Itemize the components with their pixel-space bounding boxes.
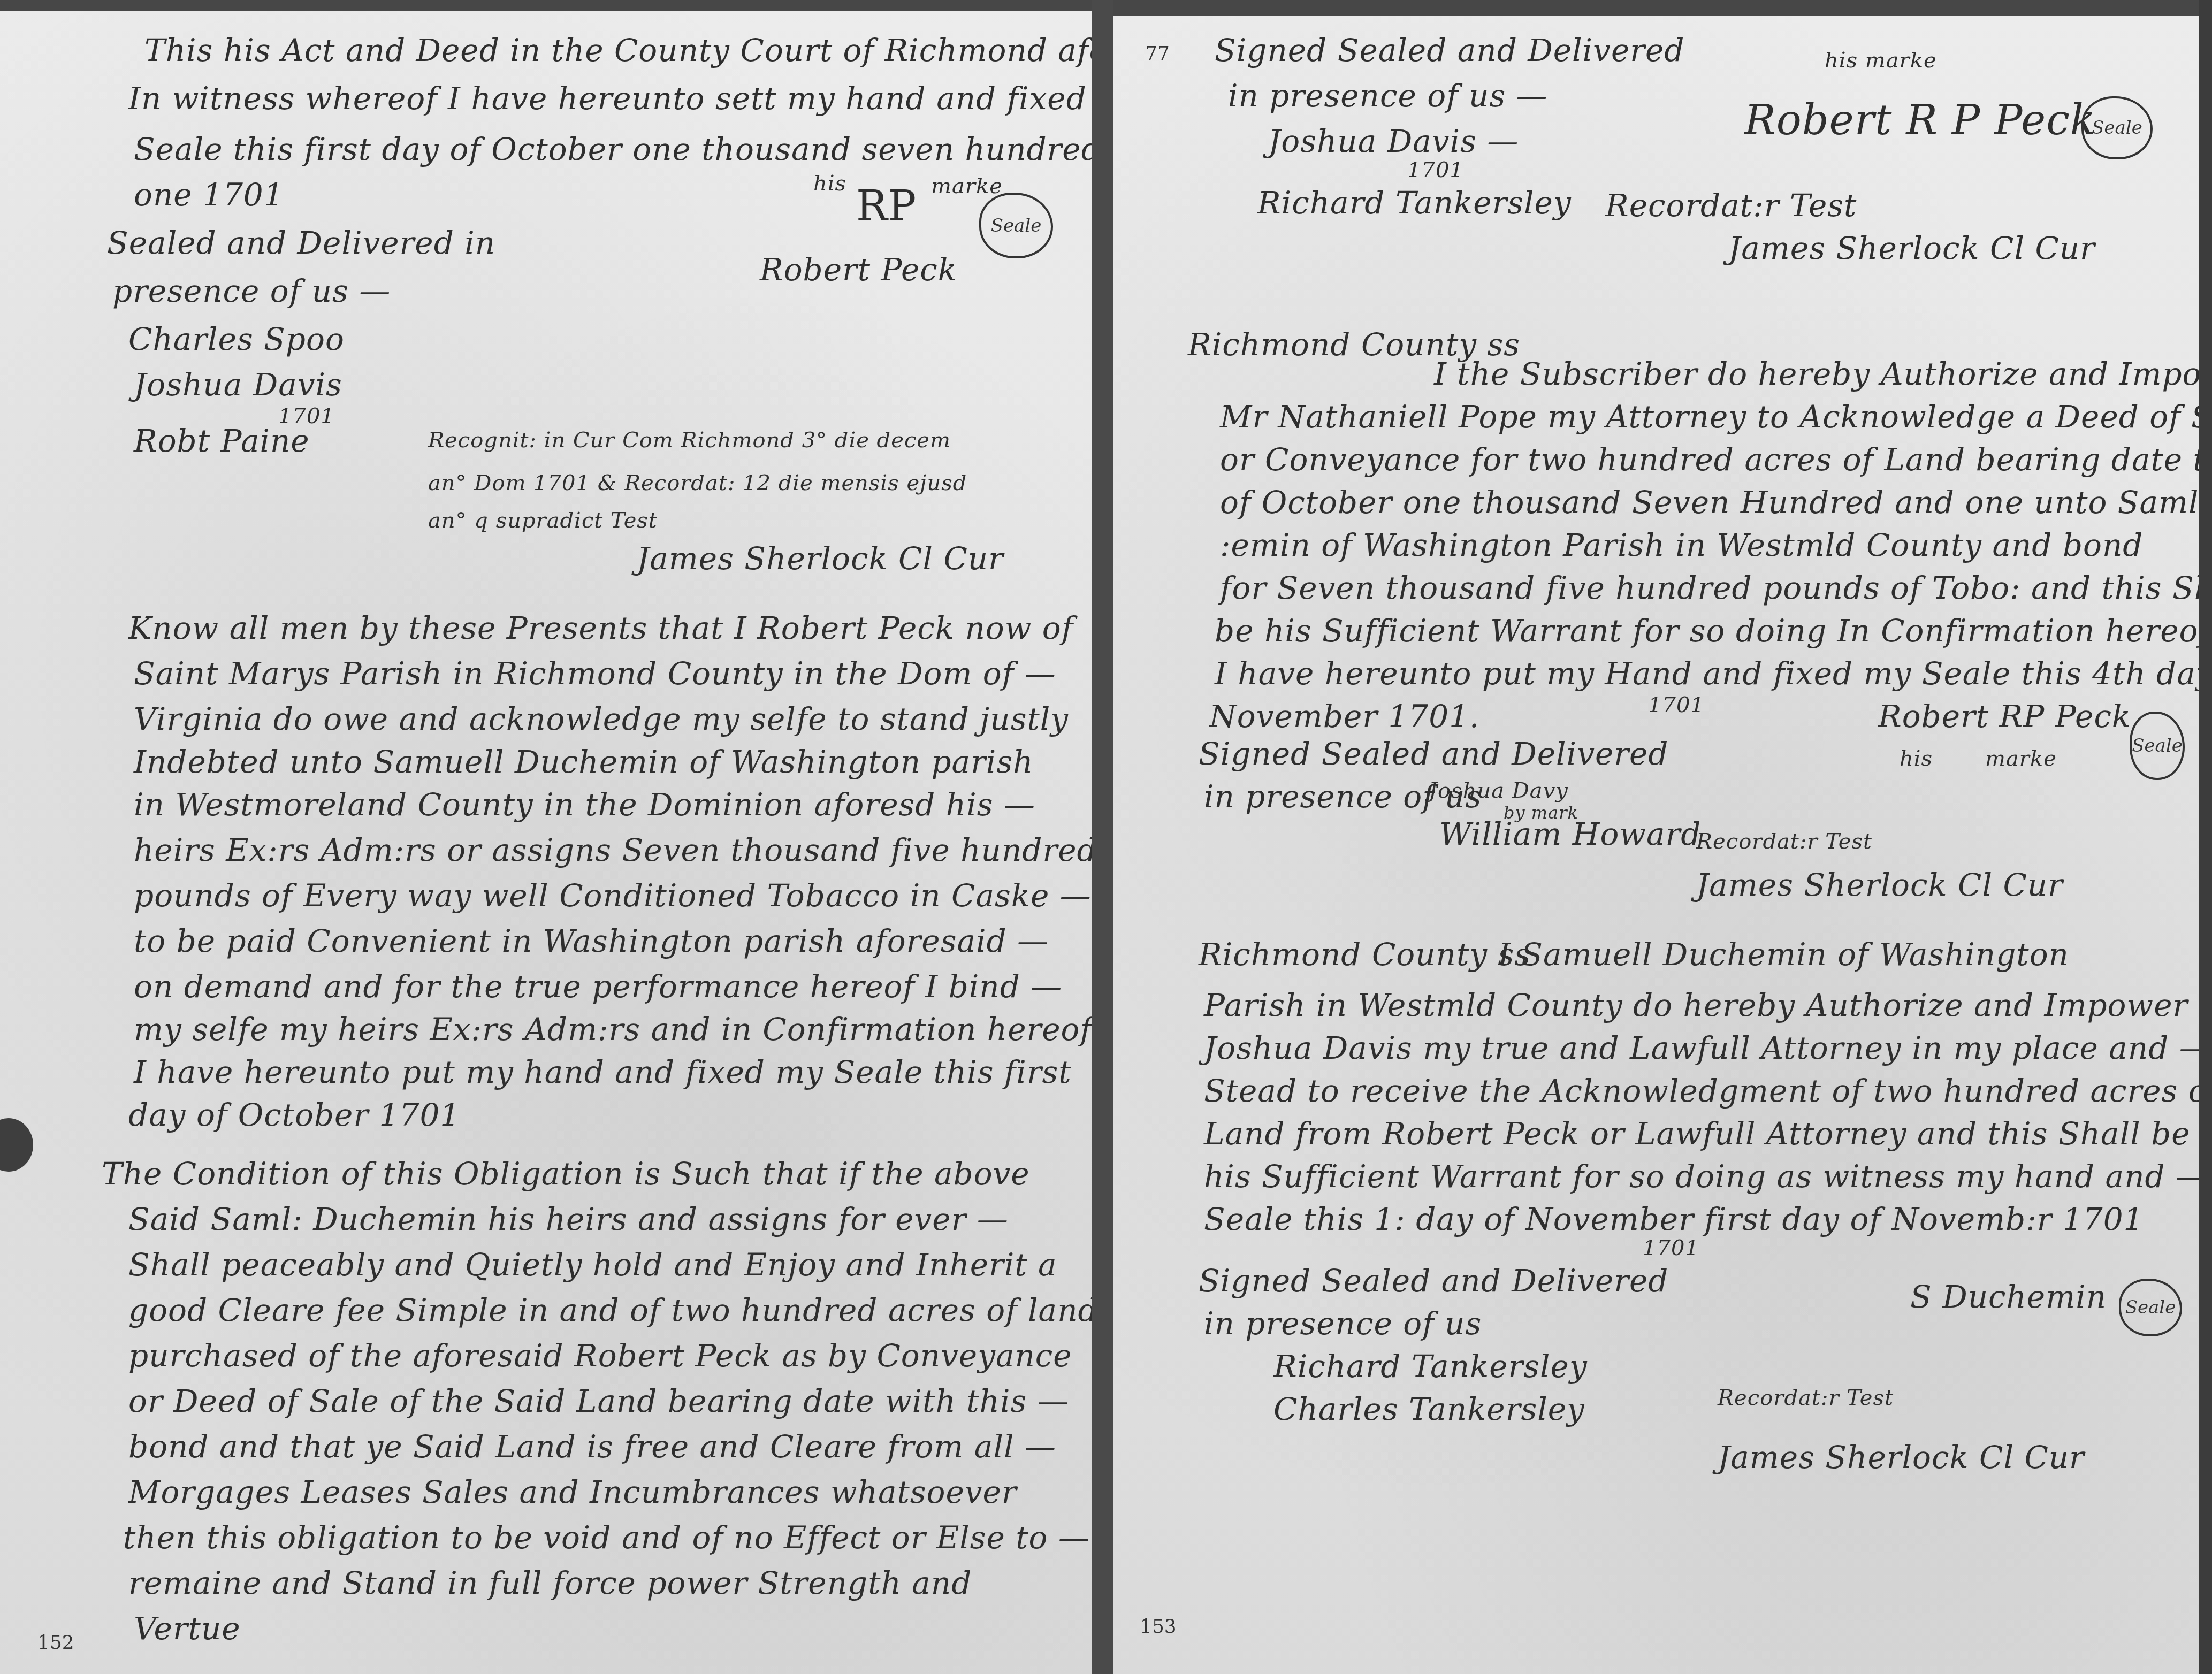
bond-line: Know all men by these Presents that I Ro…: [128, 610, 1073, 646]
clerk-signature: James Sherlock Cl Cur: [637, 540, 1004, 577]
corner-mark: 77: [1145, 43, 1170, 65]
witness-year: 1701: [1407, 158, 1464, 182]
seal-label: Seale: [991, 215, 1042, 236]
witness-name: Joshua Davis: [134, 366, 342, 403]
poa-line: Mr Nathaniell Pope my Attorney to Acknow…: [1220, 399, 2212, 435]
poa-line: Seale this 1: day of November first day …: [1204, 1201, 2144, 1237]
condition-line: remaine and Stand in full force power St…: [128, 1565, 972, 1601]
year-note: 1701: [1643, 1236, 1699, 1260]
marke-label: marke: [1985, 746, 2057, 771]
poa-line: his Sufficient Warrant for so doing as w…: [1204, 1158, 2207, 1195]
clerk-signature: James Sherlock Cl Cur: [1728, 230, 2095, 266]
poa-line: Land from Robert Peck or Lawfull Attorne…: [1204, 1115, 2212, 1152]
signer-name: Robert Peck: [760, 251, 957, 288]
text-line: one 1701: [134, 177, 284, 213]
seal-label: Seale: [2092, 117, 2142, 139]
bond-line: Virginia do owe and acknowledge my selfe…: [134, 701, 1069, 737]
poa-line: for Seven thousand five hundred pounds o…: [1220, 570, 2212, 606]
left-page: This his Act and Deed in the County Cour…: [0, 11, 1092, 1674]
poa-line: Stead to receive the Acknowledgment of t…: [1204, 1073, 2212, 1109]
condition-line: Said Saml: Duchemin his heirs and assign…: [128, 1201, 1009, 1237]
binding-hole: [0, 1118, 33, 1172]
page-number: 153: [1140, 1616, 1177, 1638]
bond-line: on demand and for the true performance h…: [134, 968, 1062, 1005]
witness-name: Charles Tankersley: [1273, 1391, 1585, 1427]
text-line: In witness whereof I have hereunto sett …: [128, 80, 1145, 117]
witness-name: Joshua Davis —: [1268, 123, 1519, 159]
bond-line: Saint Marys Parish in Richmond County in…: [134, 655, 1056, 692]
condition-line: purchased of the aforesaid Robert Peck a…: [128, 1337, 1072, 1374]
right-page: 77 Signed Sealed and Delivered in presen…: [1113, 16, 2199, 1674]
condition-line: Vertue: [134, 1610, 241, 1647]
poa-line: Joshua Davis my true and Lawfull Attorne…: [1204, 1030, 2211, 1066]
condition-line: then this obligation to be void and of n…: [123, 1519, 1090, 1556]
condition-line: bond and that ye Said Land is free and C…: [128, 1428, 1056, 1465]
scan-edge: [2199, 0, 2212, 1674]
witness-name: Richard Tankersley: [1257, 185, 1572, 221]
seal-icon: Seale: [979, 193, 1053, 258]
witness-line: Signed Sealed and Delivered: [1199, 1263, 1668, 1299]
bond-line: in Westmoreland County in the Dominion a…: [134, 786, 1035, 823]
poa-line: I the Subscriber do hereby Authorize and…: [1434, 356, 2212, 392]
witness-line: presence of us —: [112, 273, 391, 309]
year-note: 1701: [1648, 693, 1705, 717]
bond-line: pounds of Every way well Conditioned Tob…: [134, 877, 1092, 914]
bond-line: I have hereunto put my hand and fixed my…: [134, 1054, 1072, 1090]
page-number: 152: [37, 1632, 74, 1654]
seal-label: Seale: [2125, 1297, 2176, 1318]
poa-line: November 1701.: [1209, 698, 1479, 735]
his-marke-label: his marke: [1825, 48, 1937, 73]
marke-label: marke: [931, 174, 1003, 198]
his-label: his: [813, 171, 846, 196]
witness-name: Joshua Davy: [1429, 778, 1568, 803]
poa-line: Parish in Westmld County do hereby Autho…: [1204, 987, 2212, 1023]
clerk-signature: James Sherlock Cl Cur: [1696, 867, 2063, 903]
section-heading: Richmond County ss: [1199, 936, 1531, 973]
recorded-label: Recordat:r Test: [1696, 829, 1872, 854]
condition-line: good Cleare fee Simple in and of two hun…: [128, 1292, 1140, 1328]
condition-line: The Condition of this Obligation is Such…: [102, 1156, 1030, 1192]
bond-line: my selfe my heirs Ex:rs Adm:rs and in Co…: [134, 1011, 1134, 1048]
his-label: his: [1900, 746, 1933, 771]
signer-name: Robert R P Peck: [1744, 96, 2096, 144]
witness-line: Sealed and Delivered in: [107, 225, 495, 261]
condition-line: Shall peaceably and Quietly hold and Enj…: [128, 1247, 1057, 1283]
witness-name: Charles Spoo: [128, 321, 345, 357]
seal-label: Seale: [2132, 735, 2183, 756]
poa-line: I have hereunto put my Hand and fixed my…: [1215, 655, 2212, 692]
recognition-line: Recognit: in Cur Com Richmond 3° die dec…: [428, 428, 951, 453]
poa-line: or Conveyance for two hundred acres of L…: [1220, 441, 2212, 478]
mark-initials: RP: [856, 182, 917, 230]
witness-name: Robt Paine: [134, 423, 310, 459]
book-gutter: [1092, 0, 1113, 1674]
condition-line: Morgages Leases Sales and Incumbrances w…: [128, 1474, 1017, 1510]
bond-line: heirs Ex:rs Adm:rs or assigns Seven thou…: [134, 832, 1139, 868]
text-line: Seale this first day of October one thou…: [134, 131, 1140, 167]
poa-line: of October one thousand Seven Hundred an…: [1220, 484, 2212, 521]
text-line: This his Act and Deed in the County Cour…: [144, 32, 1209, 68]
recorded-label: Recordat:r Test: [1605, 187, 1857, 224]
seal-icon: Seale: [2130, 712, 2185, 780]
recognition-line: an° Dom 1701 & Recordat: 12 die mensis e…: [428, 471, 967, 495]
recorded-label: Recordat:r Test: [1718, 1386, 1894, 1410]
witness-line: in presence of us: [1204, 1305, 1482, 1342]
witness-name: William Howard: [1439, 816, 1701, 852]
signer-name: Robert RP Peck: [1878, 698, 2131, 735]
witness-line: Signed Sealed and Delivered: [1199, 736, 1668, 772]
poa-line: I Samuell Duchemin of Washington: [1498, 936, 2069, 973]
signer-name: S Duchemin: [1910, 1279, 2107, 1315]
poa-line: :emin of Washington Parish in Westmld Co…: [1220, 527, 2143, 563]
bond-line: day of October 1701: [128, 1097, 460, 1133]
witness-name: Richard Tankersley: [1273, 1348, 1588, 1385]
witness-line: in presence of us —: [1228, 78, 1548, 114]
condition-line: or Deed of Sale of the Said Land bearing…: [128, 1383, 1069, 1419]
poa-line: be his Sufficient Warrant for so doing I…: [1215, 613, 2212, 649]
recognition-line: an° q supradict Test: [428, 508, 658, 533]
witness-line: Signed Sealed and Delivered: [1215, 32, 1684, 68]
bond-line: Indebted unto Samuell Duchemin of Washin…: [134, 744, 1034, 780]
clerk-signature: James Sherlock Cl Cur: [1718, 1439, 2085, 1476]
seal-icon: Seale: [2119, 1279, 2182, 1336]
seal-icon: Seale: [2081, 96, 2153, 159]
bond-line: to be paid Convenient in Washington pari…: [134, 923, 1049, 959]
